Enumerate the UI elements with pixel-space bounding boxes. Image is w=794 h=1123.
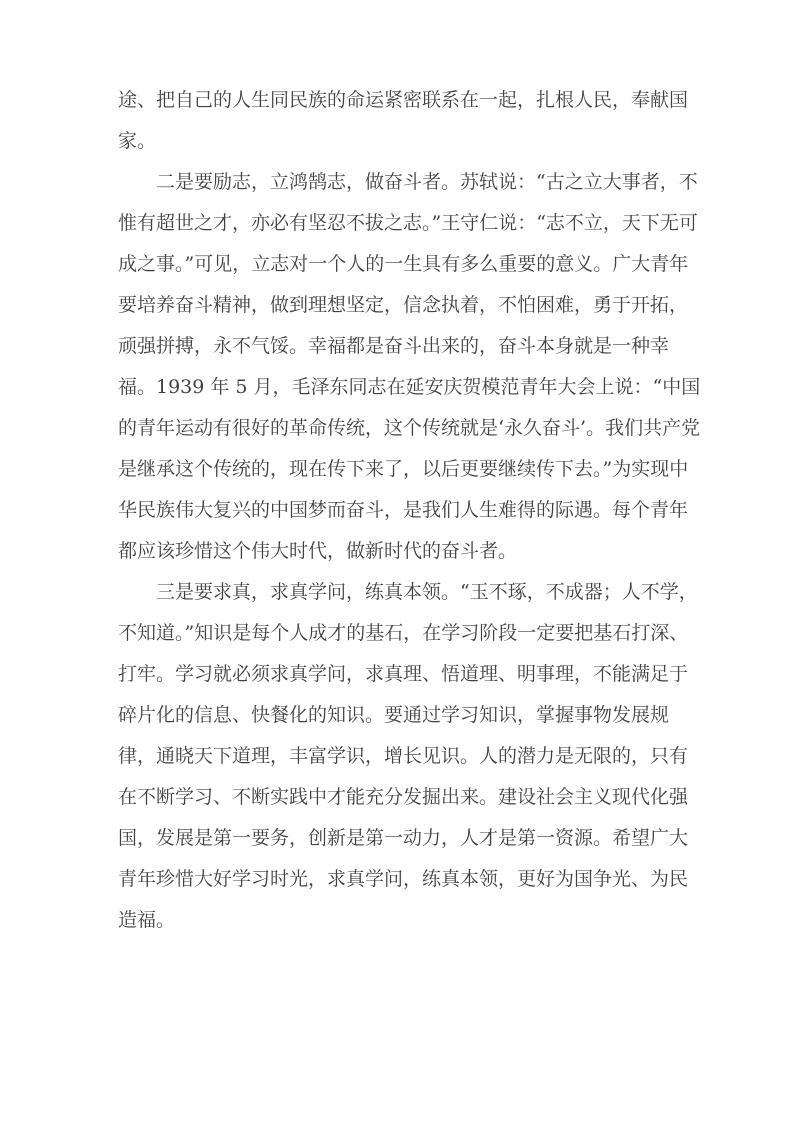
text-line: 都应该珍惜这个伟大时代，做新时代的奋斗者。	[118, 531, 678, 572]
text-line: 福。1939 年 5 月，毛泽东同志在延安庆贺模范青年大会上说：“中国	[118, 367, 678, 408]
text-line: 国，发展是第一要务，创新是第一动力，人才是第一资源。希望广大	[118, 818, 678, 859]
paragraph: 三是要求真，求真学问，练真本领。“玉不琢，不成器；人不学，不知道。”知识是每个人…	[118, 572, 678, 941]
text-line: 顽强拼搏，永不气馁。幸福都是奋斗出来的，奋斗本身就是一种幸	[118, 326, 678, 367]
text-line: 二是要励志，立鸿鹄志，做奋斗者。苏轼说：“古之立大事者，不	[118, 162, 678, 203]
text-line: 碎片化的信息、快餐化的知识。要通过学习知识，掌握事物发展规	[118, 695, 678, 736]
text-line: 途、把自己的人生同民族的命运紧密联系在一起，扎根人民，奉献国	[118, 80, 678, 121]
text-line: 三是要求真，求真学问，练真本领。“玉不琢，不成器；人不学，	[118, 572, 678, 613]
paragraph: 二是要励志，立鸿鹄志，做奋斗者。苏轼说：“古之立大事者，不惟有超世之才，亦必有坚…	[118, 162, 678, 572]
text-line: 打牢。学习就必须求真学问，求真理、悟道理、明事理，不能满足于	[118, 654, 678, 695]
text-line: 造福。	[118, 900, 678, 941]
document-body: 途、把自己的人生同民族的命运紧密联系在一起，扎根人民，奉献国家。二是要励志，立鸿…	[118, 80, 678, 941]
text-line: 成之事。”可见，立志对一个人的一生具有多么重要的意义。广大青年	[118, 244, 678, 285]
document-page: 途、把自己的人生同民族的命运紧密联系在一起，扎根人民，奉献国家。二是要励志，立鸿…	[0, 0, 794, 1123]
paragraph: 途、把自己的人生同民族的命运紧密联系在一起，扎根人民，奉献国家。	[118, 80, 678, 162]
text-line: 家。	[118, 121, 678, 162]
text-line: 律，通晓天下道理，丰富学识，增长见识。人的潜力是无限的，只有	[118, 736, 678, 777]
text-line: 不知道。”知识是每个人成才的基石，在学习阶段一定要把基石打深、	[118, 613, 678, 654]
text-line: 在不断学习、不断实践中才能充分发掘出来。建设社会主义现代化强	[118, 777, 678, 818]
text-line: 惟有超世之才，亦必有坚忍不拔之志。”王守仁说：“志不立，天下无可	[118, 203, 678, 244]
text-line: 的青年运动有很好的革命传统，这个传统就是‘永久奋斗’。我们共产党	[118, 408, 678, 449]
text-line: 华民族伟大复兴的中国梦而奋斗，是我们人生难得的际遇。每个青年	[118, 490, 678, 531]
text-line: 青年珍惜大好学习时光，求真学问，练真本领，更好为国争光、为民	[118, 859, 678, 900]
text-line: 是继承这个传统的，现在传下来了，以后更要继续传下去。”为实现中	[118, 449, 678, 490]
text-line: 要培养奋斗精神，做到理想坚定，信念执着，不怕困难，勇于开拓，	[118, 285, 678, 326]
